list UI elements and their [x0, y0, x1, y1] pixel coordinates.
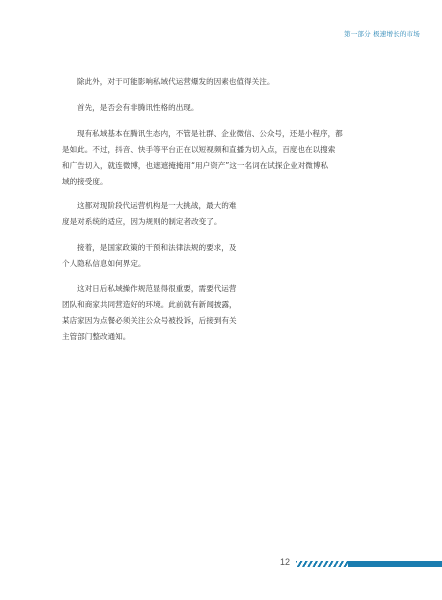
footer-accent-bar: [348, 561, 442, 567]
text-line: 某店家因为点餐必须关注公众号被投诉，后接到有关: [62, 313, 237, 329]
text-line: 度是对系统的适应，因为规则的制定者改变了。: [62, 214, 236, 230]
text-line: 这对日后私域操作规范显得很重要，需要代运营: [62, 281, 237, 297]
hatched-stripe-decoration: [296, 561, 351, 567]
paragraph-1: 除此外，对于可能影响私域代运营爆发的因素也值得关注。: [62, 74, 274, 90]
text-line: 现有私域基本在腾讯生态内，不管是社群、企业微信、公众号，还是小程序，都: [62, 126, 343, 142]
text-line: 这都对现阶段代运营机构是一大挑战，最大的难: [62, 198, 236, 214]
paragraph-3: 现有私域基本在腾讯生态内，不管是社群、企业微信、公众号，还是小程序，都 是如此。…: [62, 126, 343, 190]
page-number: 12: [280, 557, 290, 567]
text-line: 个人隐私信息如何界定。: [62, 256, 236, 272]
text-line: 是如此。不过，抖音、快手等平台正在以短视频和直播为切入点，百度也在以搜索: [62, 142, 343, 158]
paragraph-5: 接着，是国家政策的干预和法律法规的要求，及 个人隐私信息如何界定。: [62, 240, 236, 272]
page-footer: 12: [280, 558, 442, 570]
text-line: 除此外，对于可能影响私域代运营爆发的因素也值得关注。: [62, 74, 274, 90]
section-header: 第一部分 极速增长的市场: [344, 29, 420, 38]
text-line: 首先，是否会有非腾讯性格的出现。: [62, 100, 199, 116]
paragraph-4: 这都对现阶段代运营机构是一大挑战，最大的难 度是对系统的适应，因为规则的制定者改…: [62, 198, 236, 230]
text-line: 域的接受度。: [62, 174, 343, 190]
text-line: 团队和商家共同营造好的环境。此前就有新闻披露，: [62, 297, 237, 313]
text-line: 接着，是国家政策的干预和法律法规的要求，及: [62, 240, 236, 256]
paragraph-6: 这对日后私域操作规范显得很重要，需要代运营 团队和商家共同营造好的环境。此前就有…: [62, 281, 237, 345]
text-line: 和广告切入，就连微博，也遮遮掩掩用“用户资产”这一名词在试探企业对微博私: [62, 158, 343, 174]
text-line: 主管部门整改通知。: [62, 329, 237, 345]
paragraph-2: 首先，是否会有非腾讯性格的出现。: [62, 100, 199, 116]
